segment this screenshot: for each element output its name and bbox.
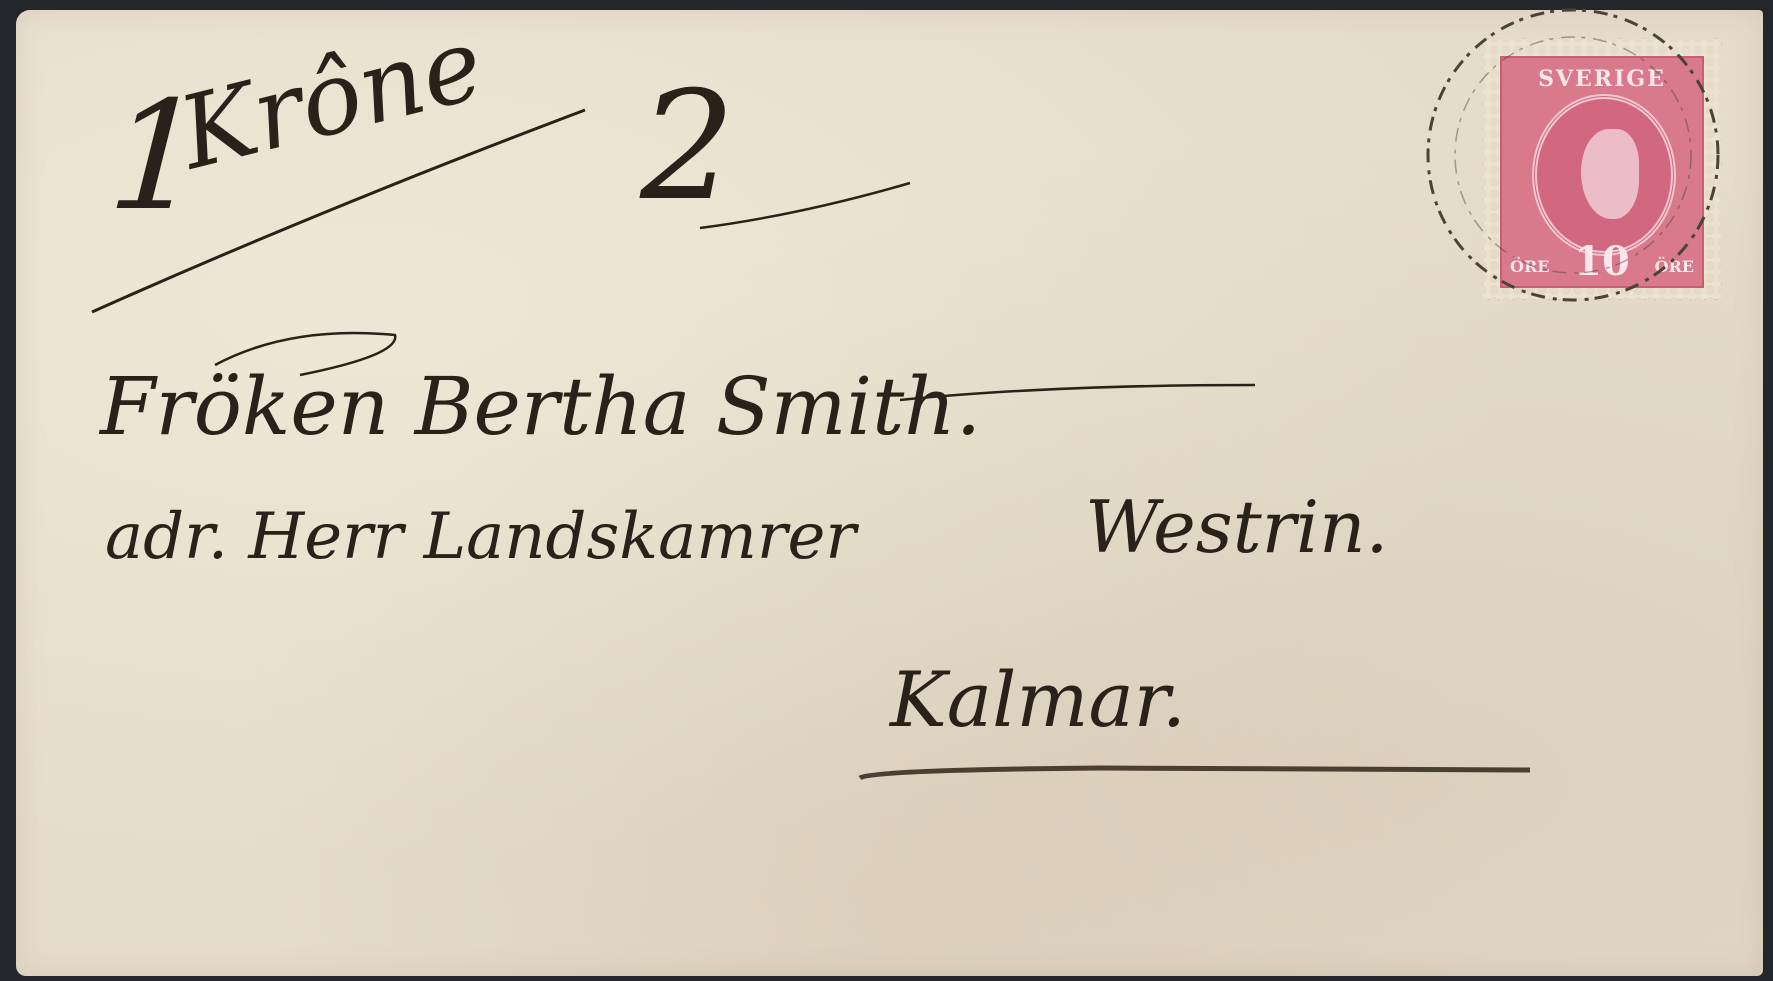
stamp-currency-right: ÖRE [1655,257,1694,276]
address-line-3: Kalmar. [890,655,1186,744]
stamp-country: SVERIGE [1502,66,1702,92]
address-line-2-right: Westrin. [1085,485,1388,569]
rate-number: 2 [640,60,735,234]
stamp-oval-frame [1532,94,1676,256]
king-portrait-icon [1581,129,1639,219]
address-line-1: Fröken Bertha Smith. [100,360,981,453]
stamp-face: SVERIGE ÖRE 10 ÖRE [1500,56,1704,288]
address-line-2-left: adr. Herr Landskamrer [105,500,856,574]
postage-stamp: SVERIGE ÖRE 10 ÖRE [1482,38,1722,300]
